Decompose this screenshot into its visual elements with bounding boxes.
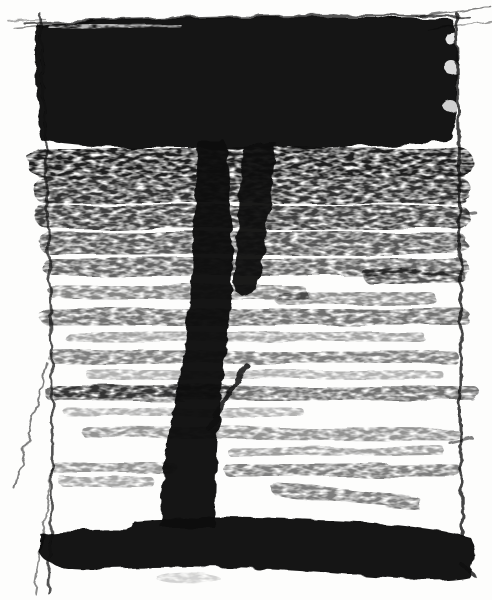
band-highlight — [50, 26, 180, 27]
artwork-figure — [0, 0, 492, 600]
ground-smudge — [156, 572, 220, 584]
hatch-stroke — [88, 432, 455, 435]
hatch-stroke — [232, 450, 440, 452]
charcoal-drawing — [0, 0, 492, 600]
band-highlight — [443, 100, 457, 112]
sky-band — [35, 17, 459, 149]
band-highlight — [445, 33, 461, 45]
